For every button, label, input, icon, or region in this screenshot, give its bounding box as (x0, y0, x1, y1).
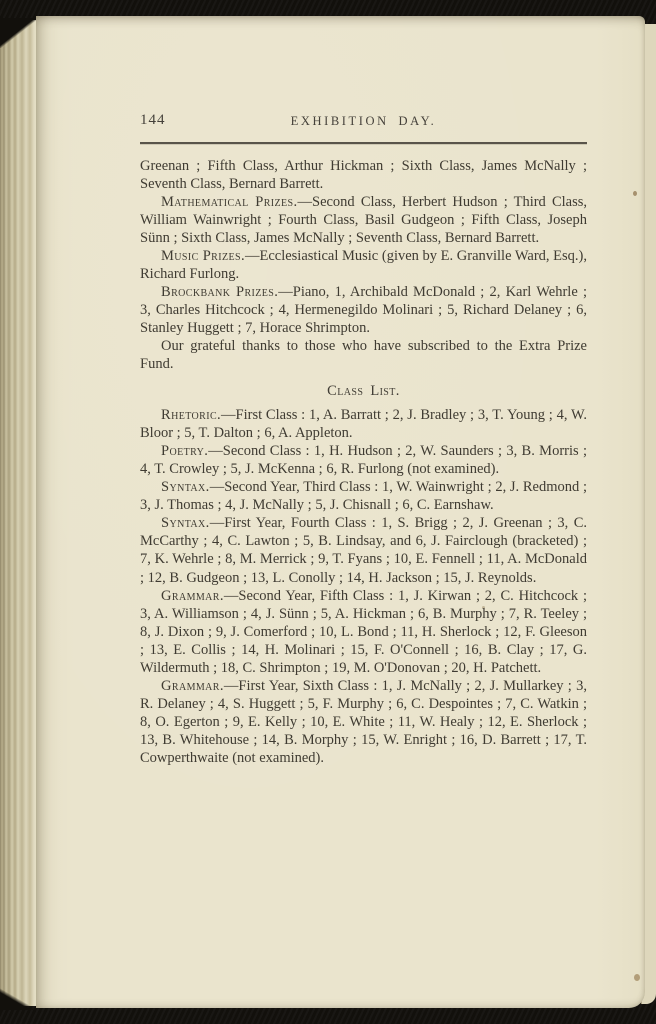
text-column: 144 EXHIBITION DAY. Greenan ; Fifth Clas… (140, 112, 587, 767)
stain-speck (634, 974, 640, 981)
small-caps-lead: Grammar. (161, 678, 224, 694)
small-caps-lead: Brockbank Prizes. (161, 284, 278, 300)
paragraph-mathematical-prizes: Mathematical Prizes.—Second Class, Herbe… (140, 193, 587, 247)
paragraph-poetry: Poetry.—Second Class : 1, H. Hudson ; 2,… (140, 442, 587, 478)
book-scan: 144 EXHIBITION DAY. Greenan ; Fifth Clas… (0, 0, 656, 1024)
small-caps-lead: Grammar. (161, 588, 224, 604)
paragraph-syntax-second-year: Syntax.—Second Year, Third Class : 1, W.… (140, 478, 587, 514)
paragraph-grammar-first-year: Grammar.—First Year, Sixth Class : 1, J.… (140, 677, 587, 767)
book-page: 144 EXHIBITION DAY. Greenan ; Fifth Clas… (36, 16, 645, 1008)
section-heading-label: Class List. (327, 383, 400, 399)
small-caps-lead: Rhetoric. (161, 407, 221, 423)
paragraph-grammar-second-year: Grammar.—Second Year, Fifth Class : 1, J… (140, 587, 587, 677)
paragraph-thanks: Our grateful thanks to those who have su… (140, 337, 587, 373)
small-caps-lead: Poetry. (161, 443, 208, 459)
header-rule (140, 142, 587, 144)
class-list-heading: Class List. (140, 382, 587, 400)
paragraph-rhetoric: Rhetoric.—First Class : 1, A. Barratt ; … (140, 406, 587, 442)
small-caps-lead: Music Prizes. (161, 248, 245, 264)
page-body: Greenan ; Fifth Class, Arthur Hickman ; … (140, 157, 587, 768)
page-header: 144 EXHIBITION DAY. (140, 112, 587, 131)
running-title: EXHIBITION DAY. (140, 114, 587, 129)
small-caps-lead: Syntax. (161, 515, 210, 531)
paragraph-syntax-first-year: Syntax.—First Year, Fourth Class : 1, S.… (140, 514, 587, 586)
small-caps-lead: Mathematical Prizes. (161, 194, 298, 210)
paragraph-continuation: Greenan ; Fifth Class, Arthur Hickman ; … (140, 157, 587, 193)
paragraph-music-prizes: Music Prizes.—Ecclesiastical Music (give… (140, 247, 587, 283)
page-edges-left (0, 20, 38, 1006)
paragraph-brockbank-prizes: Brockbank Prizes.—Piano, 1, Archibald Mc… (140, 283, 587, 337)
small-caps-lead: Syntax. (161, 479, 210, 495)
stain-speck (633, 191, 637, 196)
